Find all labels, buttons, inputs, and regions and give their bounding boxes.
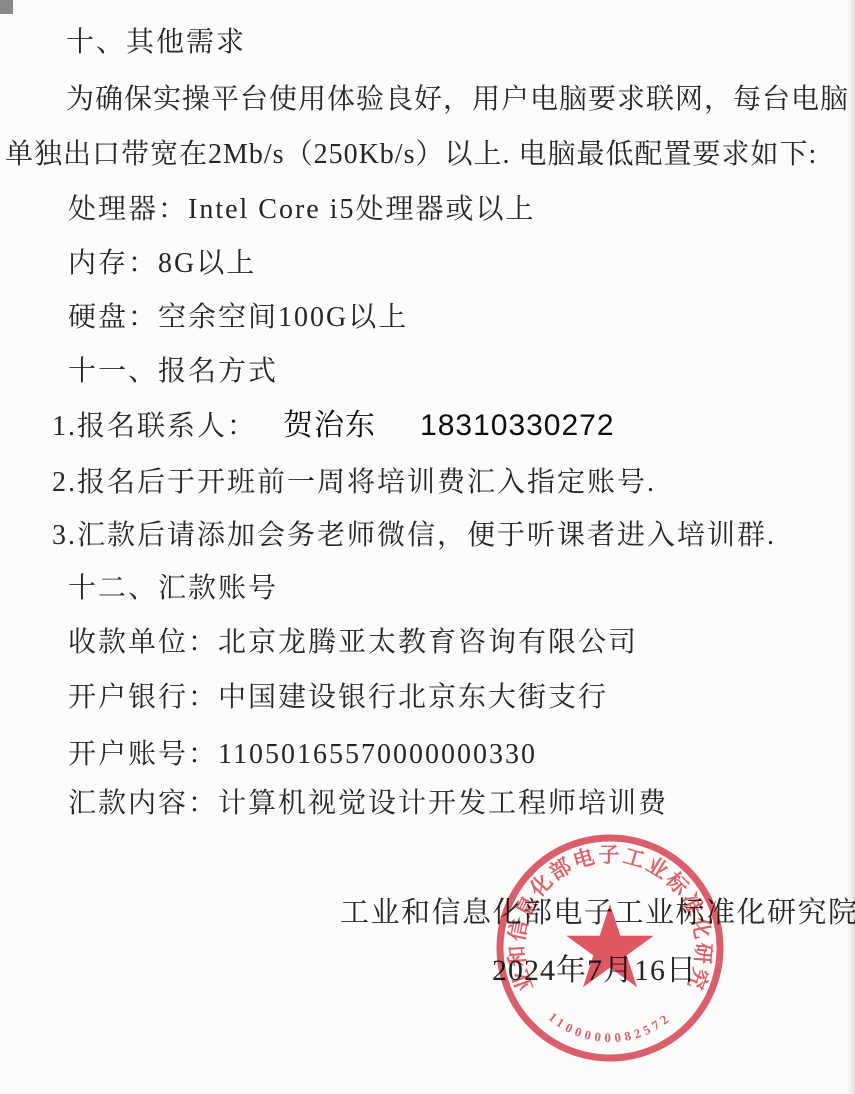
signup-contact-label: 1.报名联系人： xyxy=(52,411,257,442)
section-11-heading: 十一、报名方式 xyxy=(68,355,278,389)
section-12-heading: 十二、汇款账号 xyxy=(68,572,278,606)
account-number-line: 开户账号：11050165570000000330 xyxy=(68,738,537,772)
seal-serial-number: 1100000082572 xyxy=(546,1009,674,1045)
section-10-heading: 十、其他需求 xyxy=(66,26,246,60)
signup-item-2: 2.报名后于开班前一周将培训费汇入指定账号. xyxy=(52,466,656,500)
paragraph-line-1: 为确保实操平台使用体验良好，用户电脑要求联网，每台电脑 xyxy=(66,83,849,117)
remittance-purpose-line: 汇款内容：计算机视觉设计开发工程师培训费 xyxy=(68,787,668,821)
corner-scan-mark xyxy=(0,0,13,14)
spec-cpu-line: 处理器：Intel Core i5处理器或以上 xyxy=(68,193,536,227)
signup-contact-line: 1.报名联系人：贺治东18310330272 xyxy=(52,408,615,444)
seal-star-icon xyxy=(566,904,653,987)
spec-ram-line: 内存：8G以上 xyxy=(68,247,256,281)
spec-disk-line: 硬盘：空余空间100G以上 xyxy=(68,301,408,335)
contact-name: 贺治东 xyxy=(283,409,376,442)
payee-line: 收款单位：北京龙腾亚太教育咨询有限公司 xyxy=(68,626,638,660)
scanned-document-page: 十、其他需求 为确保实操平台使用体验良好，用户电脑要求联网，每台电脑 单独出口带… xyxy=(0,0,855,1094)
contact-phone-number: 18310330272 xyxy=(420,409,615,442)
right-edge-scan-shadow xyxy=(847,0,855,1094)
paragraph-line-2: 单独出口带宽在2Mb/s（250Kb/s）以上. 电脑最低配置要求如下: xyxy=(5,138,817,172)
signup-item-3: 3.汇款后请添加会务老师微信，便于听课者进入培训群. xyxy=(52,519,776,553)
bank-line: 开户银行：中国建设银行北京东大街支行 xyxy=(68,681,608,715)
official-seal-stamp: 工业和信息化部电子工业标准化研究院 1100000082572 xyxy=(493,831,727,1065)
